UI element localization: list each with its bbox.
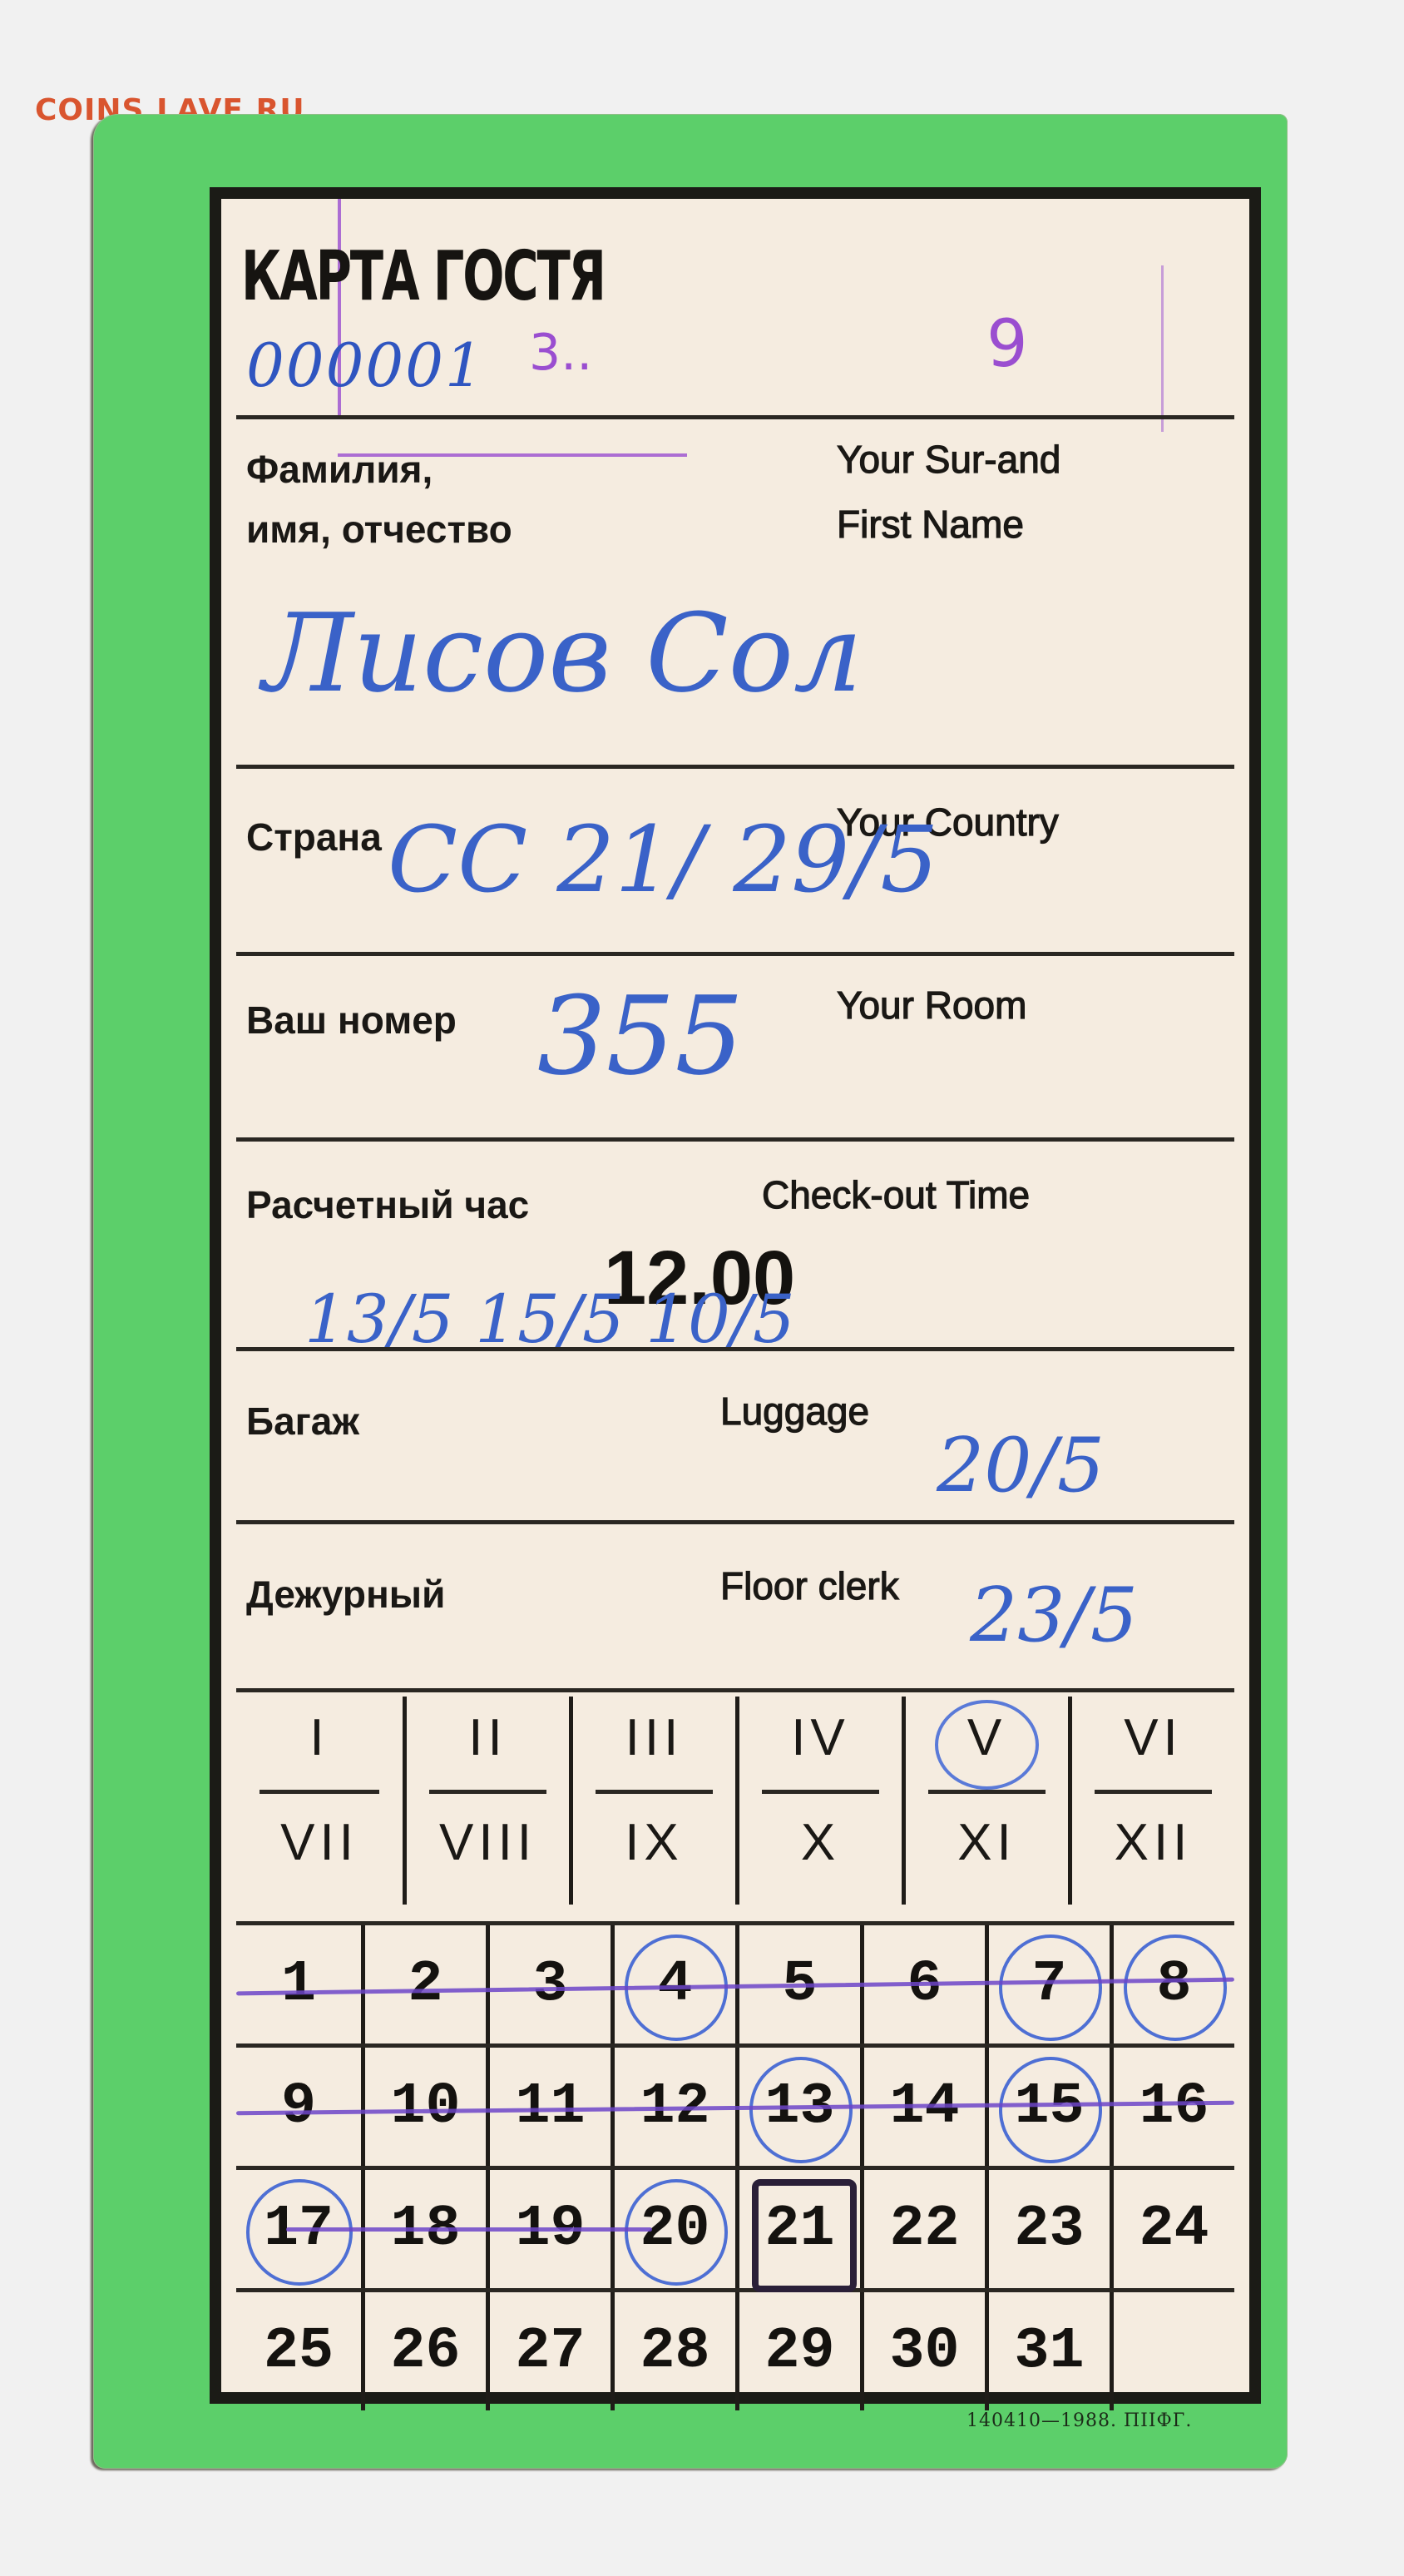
day-cell: 23 xyxy=(985,2170,1110,2288)
guest-card: КАРТА ГОСТЯ 000001 3.. 9 Фамилия, имя, о… xyxy=(93,114,1288,2469)
clerk-label-ru: Дежурный xyxy=(246,1572,445,1617)
day-cell: 24 xyxy=(1110,2170,1234,2288)
day-cell: 28 xyxy=(611,2292,735,2410)
month-label: XII xyxy=(1072,1813,1234,1872)
month-cell-marked: VXI xyxy=(902,1697,1068,1905)
day-cell: 29 xyxy=(735,2292,860,2410)
day-cell-boxed: 21 xyxy=(735,2170,860,2288)
divider xyxy=(236,1347,1234,1351)
stamp-line xyxy=(1161,265,1164,432)
strike-line xyxy=(286,2227,652,2232)
clerk-label-en: Floor clerk xyxy=(720,1563,899,1608)
day-cell: 2 xyxy=(361,1925,486,2043)
luggage-label-ru: Багаж xyxy=(246,1399,359,1444)
month-label: III xyxy=(573,1708,735,1767)
serial-number: 000001 xyxy=(246,330,485,400)
month-cell: IVII xyxy=(236,1697,403,1905)
day-cell: 1 xyxy=(236,1925,361,2043)
day-cell: 31 xyxy=(985,2292,1110,2410)
days-grid: 1 2 3 4 5 6 7 8 9 10 11 12 13 14 15 16 1… xyxy=(236,1921,1234,2410)
month-cell: IVX xyxy=(735,1697,902,1905)
day-cell: 30 xyxy=(860,2292,985,2410)
month-label: XI xyxy=(906,1813,1068,1872)
month-label: VIII xyxy=(407,1813,569,1872)
day-cell: 22 xyxy=(860,2170,985,2288)
months-grid: IVII IIVIII IIIIX IVX VXI VIXII xyxy=(236,1697,1234,1905)
surname-label-ru: Фамилия, xyxy=(246,447,433,492)
day-cell: 3 xyxy=(486,1925,611,2043)
surname-label-en-2: First Name xyxy=(837,502,1024,547)
card-title: КАРТА ГОСТЯ xyxy=(241,237,605,316)
room-label-ru: Ваш номер xyxy=(246,998,457,1043)
day-cell-empty xyxy=(1110,2292,1234,2410)
day-cell: 16 xyxy=(1110,2048,1234,2166)
day-cell: 27 xyxy=(486,2292,611,2410)
room-handwritten: 355 xyxy=(537,973,744,1099)
divider xyxy=(236,1520,1234,1524)
divider xyxy=(236,765,1234,769)
print-imprint: 140410—1988. ПІІФГ. xyxy=(966,2410,1192,2431)
clerk-handwritten: 23/5 xyxy=(970,1572,1138,1659)
month-cell: IIIIX xyxy=(569,1697,735,1905)
month-label: I xyxy=(236,1708,403,1767)
divider xyxy=(236,1688,1234,1692)
month-label: VII xyxy=(236,1813,403,1872)
day-row: 25 26 27 28 29 30 31 xyxy=(236,2288,1234,2410)
luggage-handwritten: 20/5 xyxy=(937,1422,1105,1509)
month-label: IV xyxy=(739,1708,902,1767)
month-label: VI xyxy=(1072,1708,1234,1767)
day-cell: 10 xyxy=(361,2048,486,2166)
day-cell-circled: 8 xyxy=(1110,1925,1234,2043)
day-cell: 9 xyxy=(236,2048,361,2166)
luggage-label-en: Luggage xyxy=(720,1389,869,1434)
room-label-en: Your Room xyxy=(837,983,1026,1028)
surname-label-ru-2: имя, отчество xyxy=(246,507,512,552)
day-cell: 25 xyxy=(236,2292,361,2410)
country-handwritten: СС 21/ 29/5 xyxy=(388,806,938,913)
checkout-label-en: Check-out Time xyxy=(762,1172,1030,1217)
stamp-digits: 3.. xyxy=(529,324,592,382)
month-label: II xyxy=(407,1708,569,1767)
month-label: X xyxy=(739,1813,902,1872)
divider xyxy=(236,952,1234,956)
country-label-ru: Страна xyxy=(246,815,382,859)
month-cell: VIXII xyxy=(1068,1697,1234,1905)
checkout-label-ru: Расчетный час xyxy=(246,1182,529,1227)
stamp-number: 9 xyxy=(986,307,1028,382)
month-cell: IIVIII xyxy=(403,1697,569,1905)
surname-handwritten: Лисов Сол xyxy=(263,590,863,716)
divider xyxy=(236,415,1234,419)
month-label: IX xyxy=(573,1813,735,1872)
card-frame: КАРТА ГОСТЯ 000001 3.. 9 Фамилия, имя, о… xyxy=(210,187,1261,2404)
surname-label-en: Your Sur-and xyxy=(837,437,1060,482)
day-cell: 26 xyxy=(361,2292,486,2410)
divider xyxy=(236,1137,1234,1142)
